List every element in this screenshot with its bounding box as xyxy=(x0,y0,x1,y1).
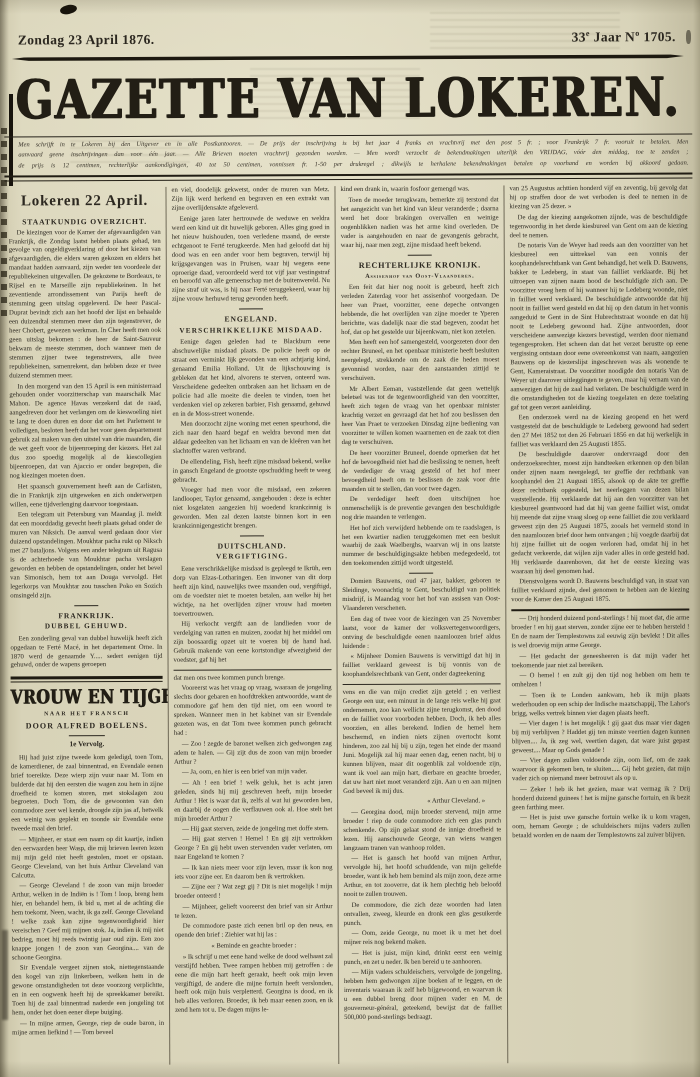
article-paragraph: Een onderzoek werd na de kiezing geopend… xyxy=(510,414,688,451)
feuilleton-paragraph: — Drij honderd duizend pond-sterlings ! … xyxy=(511,615,689,652)
feuilleton-paragraph: — Mijn vaders schuldeischers, vervolgde … xyxy=(344,968,502,1023)
article-paragraph: De heer voorzitter Bruneel, doende opmer… xyxy=(342,449,500,495)
feuilleton-paragraph: De commodore, die zich deze woorden had … xyxy=(344,901,502,929)
section-title-staatkundig: STAATKUNDIG OVERZICHT. xyxy=(9,217,161,228)
masthead-rule xyxy=(4,133,692,137)
feuilleton-paragraph: — Het is juist uwe gansche fortuin welke… xyxy=(512,814,690,842)
issue-number: 33e Jaar No 1705. xyxy=(572,29,676,46)
article-paragraph: De kiezingen voor de Kamer der afgevaard… xyxy=(9,228,162,381)
masthead-title: GAZETTE VAN LOKEREN. xyxy=(0,66,698,131)
section-title-engeland: ENGELAND. xyxy=(172,314,330,325)
feuilleton-paragraph: — Zoo ! zegde de baronet welken zich ged… xyxy=(174,740,332,768)
article-paragraph: Hij verkocht vergift aan de landlieden v… xyxy=(173,620,331,666)
article-paragraph: Eenige jaren later hertrouwde de weduwe … xyxy=(172,215,330,305)
newspaper-page: Zondag 23 April 1876. 33e Jaar No 1705. … xyxy=(0,0,700,1077)
section-title-duitschland: DUITSCHLAND. xyxy=(173,541,331,552)
article-paragraph: Eenige dagen geleden had te Blackburn ee… xyxy=(172,338,330,419)
article-paragraph: De notaris Van de Weyer had reeds aan de… xyxy=(510,242,689,413)
feuilleton-paragraph: — Zeker ! heb ik het gezien, maar wat ve… xyxy=(512,785,690,813)
article-paragraph: Domien Bauwens, oud 47 jaar, bakker, geb… xyxy=(342,578,500,615)
feuilleton-rule xyxy=(11,676,163,683)
article-paragraph: In den morgend van den 15 April is een m… xyxy=(9,382,161,481)
feuilleton-divider xyxy=(511,609,689,612)
feuilleton-paragraph: — Hij gaat sterven ! Hemel ! En gij zijt… xyxy=(174,836,332,864)
feuilleton-paragraph: — George Cleveland ! de zoon van mijn br… xyxy=(11,882,163,963)
article-paragraph: Mr Albert Eeman, vaststellende dat geen … xyxy=(341,385,499,448)
article-paragraph: Een dag of twee voor de kiezingen van 25… xyxy=(342,615,500,652)
header-rule xyxy=(12,54,684,61)
feuilleton-paragraph: — Het is gansch het hoofd van mijnen Art… xyxy=(343,855,501,901)
article-paragraph: De beschuldigde daarover ondervraagd doo… xyxy=(511,451,690,577)
feuilleton-paragraph: De commodore paste zich eenen bril op de… xyxy=(175,922,333,941)
feuilleton-paragraph: — Vier dagen zullen voldoende zijn, oom … xyxy=(512,757,690,785)
article-paragraph: Men doorzocht zijne woning met eenen spe… xyxy=(172,420,330,457)
feuilleton-paragraph: — Mijnheer, gelieft vooreerst den brief … xyxy=(175,903,333,922)
article-separator xyxy=(408,254,432,255)
article-paragraph: De ellendeling, Fish, heeft zijne misdaa… xyxy=(173,458,331,486)
article-paragraph: Een feit dat hier nog nooit is gebeurd, … xyxy=(341,283,499,338)
feuilleton-paragraph: — Vier dagen ! is het mogelijk ! gij gaa… xyxy=(512,720,690,757)
feuilleton-paragraph: — Oom, zeide George, nu moet ik u met he… xyxy=(344,930,502,949)
feuilleton-paragraph: — Toen ik te Londen aankwam, heb ik mijn… xyxy=(512,691,690,719)
column-2: en viel, doodelijk gekwetst, onder de mu… xyxy=(165,186,338,1065)
column-1: Lokeren 22 April. STAATKUNDIG OVERZICHT.… xyxy=(6,187,169,1066)
article-paragraph: Dienstvolgens wordt D. Bauwens beschuldi… xyxy=(511,578,689,606)
article-paragraph: Het spaansch gouvernement heeft aan de C… xyxy=(10,482,162,510)
printed-sheet: Zondag 23 April 1876. 33e Jaar No 1705. … xyxy=(0,0,700,1077)
feuilleton-paragraph: — Het gedacht der geneesheeren is dat mi… xyxy=(512,652,690,671)
subscription-notice: Men schrijft in te Lokeren bij den Uitge… xyxy=(10,137,688,172)
article-separator xyxy=(239,309,263,310)
feuilleton-paragraph: dat men ons twee kommen punch brenge. xyxy=(174,674,332,684)
page-columns: Lokeren 22 April. STAATKUNDIG OVERZICHT.… xyxy=(6,185,696,1066)
issue-header: Zondag 23 April 1876. 33e Jaar No 1705. xyxy=(18,29,676,48)
feuilleton-paragraph: — Ja, oom, en hier is een brief van mijn… xyxy=(174,768,332,778)
column-4: van 25 Augustus achttien honderd vijf en… xyxy=(503,185,696,1064)
feuilleton-part-label: 1e Vervolg. xyxy=(11,739,163,750)
section-title-frankrijk: FRANKRIJK. xyxy=(10,611,162,622)
feuilleton-minirule xyxy=(69,735,105,736)
feuilleton-author: DOOR ALFRED BOELENS. xyxy=(11,721,163,732)
article-title-misdaad: VERSCHRIKKELIJKE MISDAAD. xyxy=(172,326,330,336)
article-paragraph: Toen de moeder terugkwam, bemerkte zij t… xyxy=(341,196,499,251)
letter-salutation: « Beminde en geachte broeder : xyxy=(175,942,333,952)
feuilleton-subtitle: NAAR HET FRANSCH xyxy=(11,711,163,719)
feuilleton-paragraph: — O hemel ! en zult gij den tijd nog heb… xyxy=(512,672,690,691)
article-separator xyxy=(240,535,264,536)
section-title-rechterlijke-kronijk: RECHTERLIJKE KRONIJK. xyxy=(341,260,499,272)
issue-date: Zondag 23 April 1876. xyxy=(18,31,155,48)
feuilleton-paragraph: — Ik kan niets meer voor zijn leven, maa… xyxy=(174,864,332,883)
article-paragraph: Het hof zich verwijderd hebbende om te r… xyxy=(342,524,500,570)
article-paragraph: Eene verschrikkelijke misdaad is gepleeg… xyxy=(173,565,331,620)
article-paragraph: Een telegram uit Petersburg van Maandag … xyxy=(10,511,162,601)
feuilleton-divider xyxy=(343,683,501,685)
letter-signature: « Arthur Cleveland. » xyxy=(343,797,501,807)
article-title-assisenhof: Assisenhof van Oost-Vlaanderen. xyxy=(341,272,499,281)
article-paragraph: van 25 Augustus achttien honderd vijf en… xyxy=(509,185,687,213)
column-3: kind een drank in, waarin fosfoor gemeng… xyxy=(334,186,507,1065)
feuilleton-paragraph: vens en die van mijn crediet zijn geteld… xyxy=(343,688,501,796)
article-paragraph: Men heeft een hof samengesteld, voorgeze… xyxy=(341,339,499,385)
feuilleton-paragraph: — Het is juist, mijn kind, drinkt eerst … xyxy=(344,949,502,968)
feuilleton-paragraph: — Ah ! een brief ! welk geluk, het is ac… xyxy=(174,779,332,825)
article-paragraph: « Mijnheer Domien Bauwens is verwittigd … xyxy=(343,652,501,680)
article-paragraph: De verdediger heeft doen uitschijnen hoe… xyxy=(342,495,500,523)
section-divider-rule xyxy=(4,173,692,182)
feuilleton-paragraph: Hij had juist zijne tweede kom geledigd,… xyxy=(11,753,163,834)
feuilleton-paragraph: — Hij gaat sterven, zeide de jongeling m… xyxy=(174,825,332,835)
feuilleton-paragraph: — Georgina dood, mijn broeder stervend, … xyxy=(343,808,501,854)
article-title-vergiftiging: VERGIFTIGING. xyxy=(173,552,331,562)
feuilleton-paragraph: Vooreerst was het vraag op vraag, waaraa… xyxy=(174,685,332,740)
feuilleton-title: VROUW EN TIJGER, xyxy=(11,685,163,712)
city-dateline: Lokeren 22 April. xyxy=(8,191,160,212)
article-paragraph: en viel, doodelijk gekwetst, onder de mu… xyxy=(171,186,329,214)
article-title-dubbel-gehuwd: DUBBEL GEHUWD. xyxy=(10,622,162,632)
feuilleton-paragraph: — Mijnheer, er staat een naam op dit kaa… xyxy=(11,836,163,882)
subscription-line: de prijs is 12 centimen, rechterlijke aa… xyxy=(10,158,688,172)
feuilleton-paragraph: » Ik schrijf u met eene hand welke de do… xyxy=(175,953,333,1016)
article-separator xyxy=(74,605,98,606)
article-paragraph: De dag der kiezing aangekomen zijnde, wa… xyxy=(510,213,688,241)
feuilleton-paragraph: — In mijne armen, George, riep de oude b… xyxy=(12,1020,164,1039)
article-paragraph: Een zonderling geval van dubbel huwelijk… xyxy=(10,634,162,671)
article-paragraph: kind een drank in, waarin fosfoor gemeng… xyxy=(340,186,498,196)
feuilleton-paragraph: — Zijne eer ? Wat zegt gij ? Dit is niet… xyxy=(175,883,333,902)
feuilleton-paragraph: Sir Evendale vergeet zijnen stok, niette… xyxy=(12,964,164,1018)
article-separator xyxy=(409,573,433,574)
feuilleton-divider xyxy=(174,669,332,671)
article-paragraph: Vroeger had men voor die misdaad, een ze… xyxy=(173,486,331,532)
